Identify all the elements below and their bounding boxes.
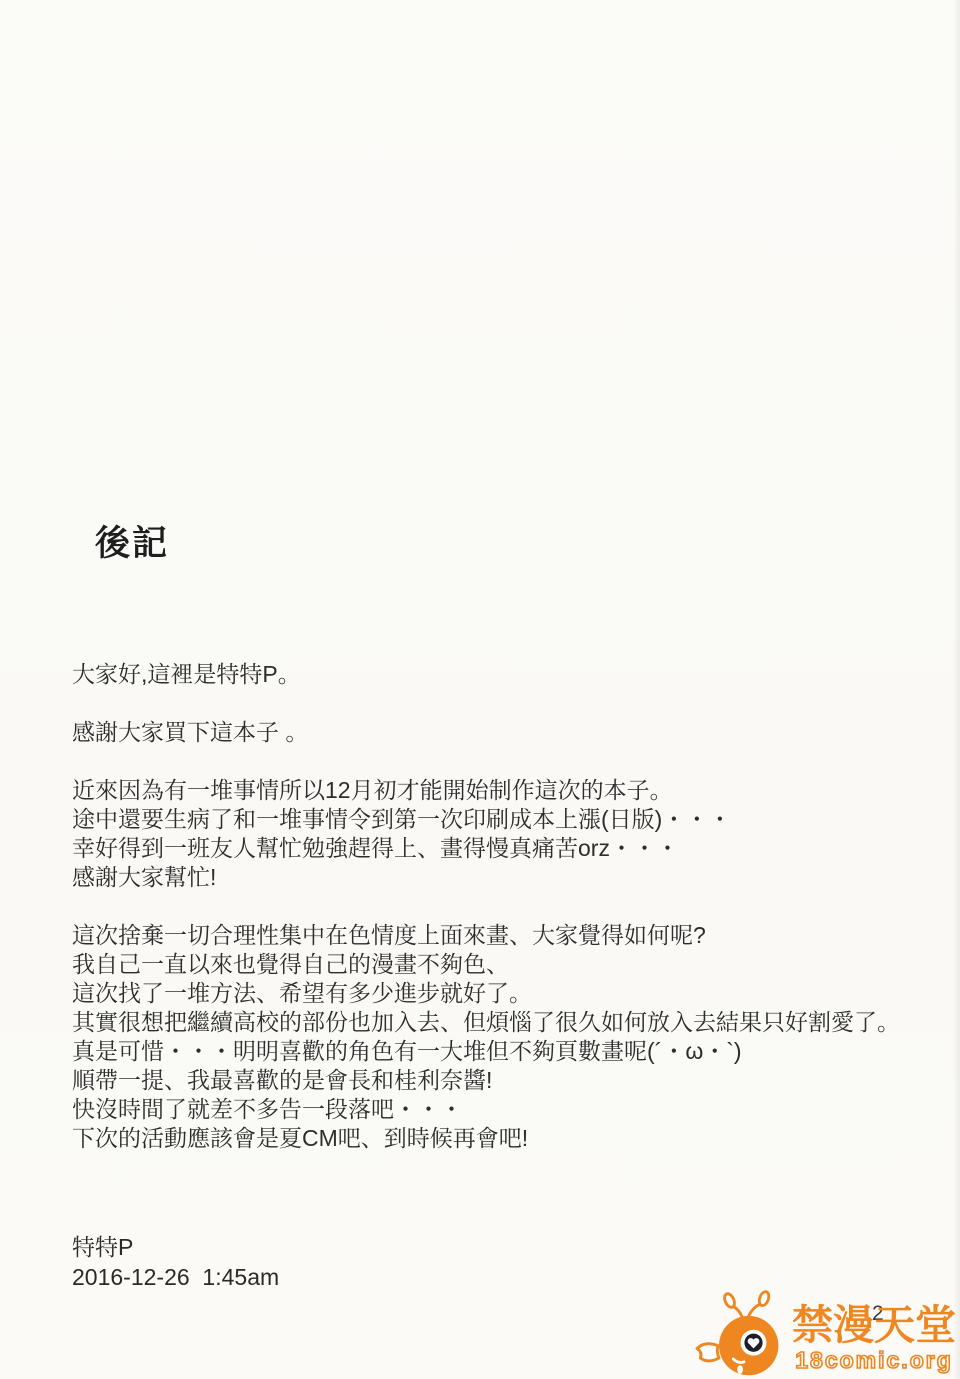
watermark-site-name: 禁漫天堂 bbox=[792, 1304, 956, 1346]
body-line: 途中還要生病了和一堆事情令到第一次印刷成本上漲(日版)・・・ bbox=[72, 805, 922, 834]
body-line: 下次的活動應該會是夏CM吧、到時候再會吧! bbox=[72, 1124, 922, 1153]
body-line: 感謝大家買下這本子 。 bbox=[72, 718, 922, 747]
body-line: 我自己一直以來也覺得自己的漫畫不夠色、 bbox=[72, 950, 922, 979]
body-line: 快沒時間了就差不多告一段落吧・・・ bbox=[72, 1095, 922, 1124]
body-line: 其實很想把繼續高校的部份也加入去、但煩惱了很久如何放入去結果只好割愛了。 bbox=[72, 1008, 922, 1037]
body-line: 幸好得到一班友人幫忙勉強趕得上、畫得慢真痛苦orz・・・ bbox=[72, 834, 922, 863]
author-signature: 特特P bbox=[72, 1232, 279, 1262]
body-line: 近來因為有一堆事情所以12月初才能開始制作這次的本子。 bbox=[72, 776, 922, 805]
afterword-page: 後記 大家好,這裡是特特P。 感謝大家買下這本子 。 近來因為有一堆事情所以12… bbox=[0, 0, 960, 1379]
body-line: 這次找了一堆方法、希望有多少進步就好了。 bbox=[72, 979, 922, 1008]
mascot-icon bbox=[694, 1290, 790, 1379]
page-title: 後記 bbox=[95, 523, 169, 565]
body-line: 感謝大家幫忙! bbox=[72, 863, 922, 892]
date-time: 2016-12-26 1:45am bbox=[72, 1262, 279, 1292]
body-line: 大家好,這裡是特特P。 bbox=[72, 660, 922, 689]
signature-block: 特特P 2016-12-26 1:45am bbox=[72, 1232, 279, 1292]
watermark-logo: 禁漫天堂 18comic.org bbox=[694, 1288, 956, 1379]
body-line: 真是可惜・・・明明喜歡的角色有一大堆但不夠頁數畫呢(´・ω・`) bbox=[72, 1037, 922, 1066]
afterword-body: 大家好,這裡是特特P。 感謝大家買下這本子 。 近來因為有一堆事情所以12月初才… bbox=[72, 660, 922, 1153]
watermark-site-url: 18comic.org bbox=[792, 1347, 956, 1374]
watermark-brand: 禁漫天堂 18comic.org bbox=[792, 1304, 956, 1374]
body-line: 這次捨棄一切合理性集中在色情度上面來畫、大家覺得如何呢? bbox=[72, 921, 922, 950]
scan-edge-shadow bbox=[953, 0, 960, 1379]
body-line: 順帶一提、我最喜歡的是會長和桂利奈醬! bbox=[72, 1066, 922, 1095]
